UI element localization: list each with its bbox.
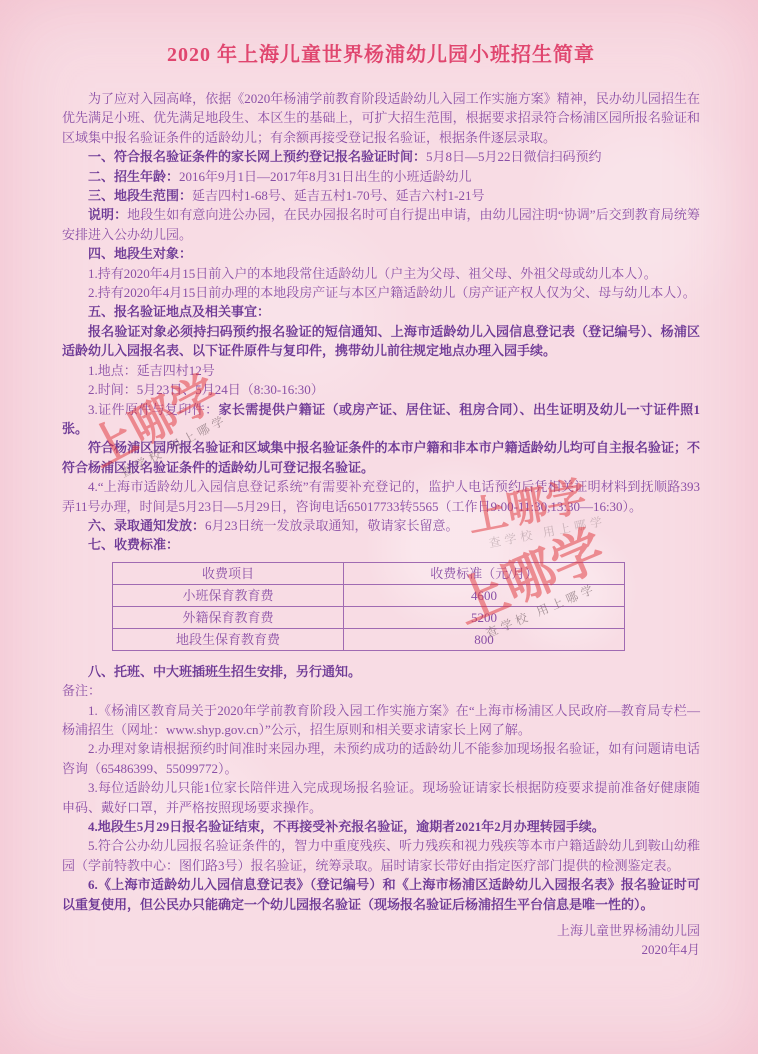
item-7: 七、收费标准： (62, 535, 700, 554)
item-5-sub-4: 4.“上海市适龄幼儿入园信息登记系统”有需要补充登记的，监护人电话预约后凭相关证… (62, 477, 700, 516)
fee-item-name: 外籍保育教育费 (113, 606, 344, 628)
signature-name: 上海儿童世界杨浦幼儿园 (62, 921, 700, 940)
item-3-note-label: 说明： (88, 207, 127, 222)
item-5-paragraph: 符合杨浦区园所报名验证和区域集中报名验证条件的本市户籍和非本市户籍适龄幼儿均可自… (62, 438, 700, 477)
item-5: 五、报名验证地点及相关事宜： (62, 302, 700, 321)
fee-item-value: 800 (344, 628, 625, 650)
table-row: 小班保育教育费 4600 (113, 584, 625, 606)
item-5-label: 五、报名验证地点及相关事宜： (88, 304, 270, 319)
item-4-label: 四、地段生对象： (88, 246, 192, 261)
fee-item-name: 地段生保育教育费 (113, 628, 344, 650)
fee-table-header-item: 收费项目 (113, 562, 344, 584)
item-4-sub-2: 2.持有2020年4月15日前办理的本地段房产证与本区户籍适龄幼儿（房产证产权人… (62, 283, 700, 302)
fee-item-value: 4600 (344, 584, 625, 606)
item-1-label: 一、符合报名验证条件的家长网上预约登记报名验证时间： (88, 149, 426, 164)
remark-4: 4.地段生5月29日报名验证结束，不再接受补充报名验证，逾期者2021年2月办理… (62, 817, 700, 836)
remark-5: 5.符合公办幼儿园报名验证条件的，智力中重度残疾、听力残疾和视力残疾等本市户籍适… (62, 836, 700, 875)
item-2: 二、招生年龄：2016年9月1日—2017年8月31日出生的小班适龄幼儿 (62, 167, 700, 186)
intro-paragraph: 为了应对入园高峰，依据《2020年杨浦学前教育阶段适龄幼儿入园工作实施方案》精神… (62, 89, 700, 147)
item-2-label: 二、招生年龄： (88, 169, 179, 184)
fee-item-value: 5200 (344, 606, 625, 628)
fee-table-header-standard: 收费标准（元/月） (344, 562, 625, 584)
fee-table: 收费项目 收费标准（元/月） 小班保育教育费 4600 外籍保育教育费 5200… (112, 562, 625, 651)
item-6-text: 6月23日统一发放录取通知，敬请家长留意。 (205, 518, 459, 533)
remark-3: 3.每位适龄幼儿只能1位家长陪伴进入完成现场报名验证。现场验证请家长根据防疫要求… (62, 778, 700, 817)
item-5-sub-2: 2.时间：5月23日、5月24日（8:30-16:30） (62, 380, 700, 399)
item-2-text: 2016年9月1日—2017年8月31日出生的小班适龄幼儿 (179, 169, 472, 184)
item-7-label: 七、收费标准： (88, 537, 179, 552)
remark-1: 1.《杨浦区教育局关于2020年学前教育阶段入园工作实施方案》在“上海市杨浦区人… (62, 701, 700, 740)
remark-2: 2.办理对象请根据预约时间准时来园办理，未预约成功的适龄幼儿不能参加现场报名验证… (62, 739, 700, 778)
remarks-label: 备注： (62, 681, 700, 700)
notice-body: 2020 年上海儿童世界杨浦幼儿园小班招生简章 为了应对入园高峰，依据《2020… (62, 42, 700, 960)
item-8: 八、托班、中大班插班生招生安排，另行通知。 (62, 662, 700, 681)
item-4-sub-1: 1.持有2020年4月15日前入户的本地段常住适龄幼儿（户主为父母、祖父母、外祖… (62, 264, 700, 283)
table-row: 地段生保育教育费 800 (113, 628, 625, 650)
item-1: 一、符合报名验证条件的家长网上预约登记报名验证时间：5月8日—5月22日微信扫码… (62, 147, 700, 166)
item-5-sub-1: 1.地点：延吉四村12号 (62, 361, 700, 380)
item-4: 四、地段生对象： (62, 244, 700, 263)
item-3-text: 延吉四村1-68号、延吉五村1-70号、延吉六村1-21号 (192, 188, 485, 203)
item-3-note-text: 地段生如有意向进公办园，在民办园报名时可自行提出申请，由幼儿园注明“协调”后交到… (62, 207, 700, 241)
item-3-label: 三、地段生范围： (88, 188, 192, 203)
item-3-note: 说明：地段生如有意向进公办园，在民办园报名时可自行提出申请，由幼儿园注明“协调”… (62, 205, 700, 244)
item-6-label: 六、录取通知发放： (88, 518, 205, 533)
item-1-text: 5月8日—5月22日微信扫码预约 (426, 149, 602, 164)
table-row: 外籍保育教育费 5200 (113, 606, 625, 628)
signature-date: 2020年4月 (62, 940, 700, 959)
fee-item-name: 小班保育教育费 (113, 584, 344, 606)
item-6: 六、录取通知发放：6月23日统一发放录取通知，敬请家长留意。 (62, 516, 700, 535)
item-5-sub-3-label: 3.证件原件与复印件： (88, 402, 219, 417)
fee-table-header-row: 收费项目 收费标准（元/月） (113, 562, 625, 584)
page-title: 2020 年上海儿童世界杨浦幼儿园小班招生简章 (62, 42, 700, 68)
remark-6: 6.《上海市适龄幼儿入园信息登记表》（登记编号）和《上海市杨浦区适龄幼儿入园报名… (62, 875, 700, 914)
item-3: 三、地段生范围：延吉四村1-68号、延吉五村1-70号、延吉六村1-21号 (62, 186, 700, 205)
scanned-notice-page: { "title": "2020 年上海儿童世界杨浦幼儿园小班招生简章", "i… (0, 0, 758, 1054)
item-5-intro: 报名验证对象必须持扫码预约报名验证的短信通知、上海市适龄幼儿入园信息登记表（登记… (62, 322, 700, 361)
item-5-sub-3: 3.证件原件与复印件：家长需提供户籍证（或房产证、居住证、租房合同）、出生证明及… (62, 400, 700, 439)
